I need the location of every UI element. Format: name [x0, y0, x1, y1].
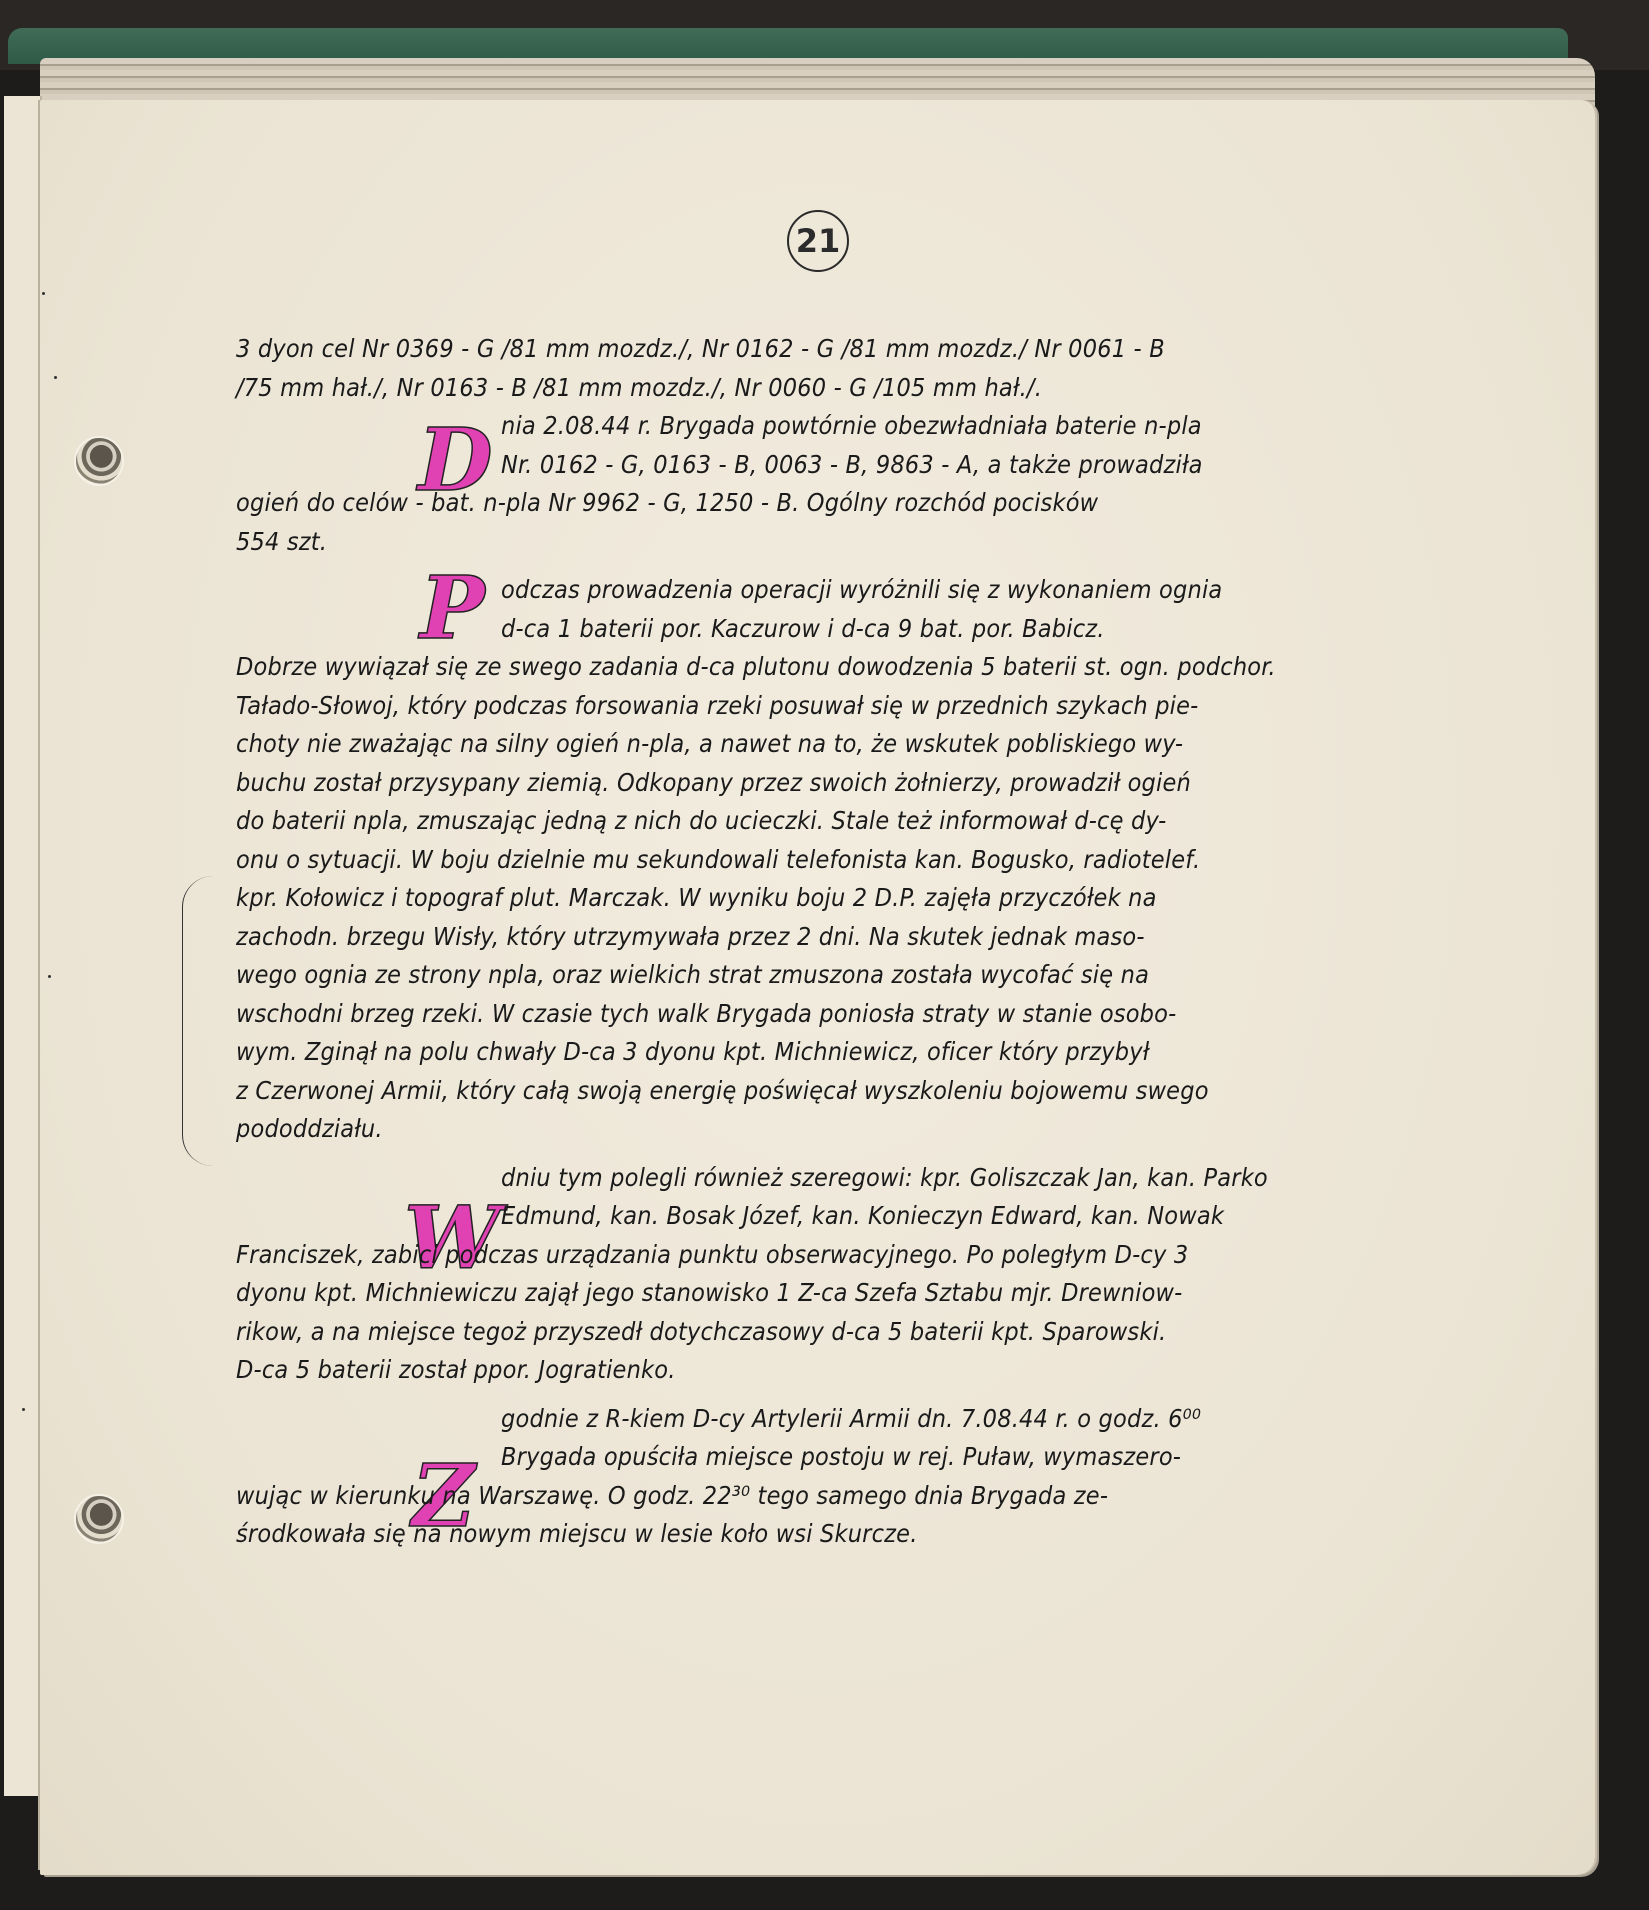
text-line: godnie z R-kiem D-cy Artylerii Armii dn.…: [236, 1400, 1416, 1439]
text-line: D-ca 5 baterii został ppor. Jogratienko.: [236, 1351, 1416, 1390]
text-line: wym. Zginął na polu chwały D-ca 3 dyonu …: [236, 1033, 1416, 1072]
handwritten-text-body: 3 dyon cel Nr 0369 - G /81 mm mozdz./, N…: [236, 330, 1416, 1554]
text-line: ogień do celów - bat. n-pla Nr 9962 - G,…: [236, 484, 1416, 523]
text-line: /75 mm hał./, Nr 0163 - B /81 mm mozdz./…: [236, 369, 1416, 408]
margin-mark: [22, 1408, 25, 1411]
text-line: do baterii npla, zmuszając jedną z nich …: [236, 802, 1416, 841]
text-line: wschodni brzeg rzeki. W czasie tych walk…: [236, 995, 1416, 1034]
text-line: dyonu kpt. Michniewiczu zajął jego stano…: [236, 1274, 1416, 1313]
text-line: wując w kierunku na Warszawę. O godz. 22…: [236, 1477, 1416, 1516]
text-line: Franciszek, zabici podczas urządzania pu…: [236, 1236, 1416, 1275]
text-line: d-ca 1 baterii por. Kaczurow i d-ca 9 ba…: [236, 610, 1416, 649]
text-line: 554 szt.: [236, 523, 1416, 562]
text-line: Tałado-Słowoj, który podczas forsowania …: [236, 687, 1416, 726]
text-line: rikow, a na miejsce tegoż przyszedł doty…: [236, 1313, 1416, 1352]
paragraph: nia 2.08.44 r. Brygada powtórnie obezwła…: [236, 407, 1416, 561]
page-stack-edges: [40, 58, 1595, 106]
paragraph: godnie z R-kiem D-cy Artylerii Armii dn.…: [236, 1400, 1416, 1554]
text-line: wego ognia ze strony npla, oraz wielkich…: [236, 956, 1416, 995]
margin-mark: [42, 292, 45, 295]
text-line: Edmund, kan. Bosak Józef, kan. Konieczyn…: [236, 1197, 1416, 1236]
punch-hole-bottom: [74, 1494, 124, 1544]
margin-mark: [48, 975, 51, 978]
text-line: Brygada opuściła miejsce postoju w rej. …: [236, 1438, 1416, 1477]
margin-bracket-mark: [182, 876, 213, 1166]
text-line: buchu został przysypany ziemią. Odkopany…: [236, 764, 1416, 803]
paragraph: dniu tym polegli również szeregowi: kpr.…: [236, 1159, 1416, 1390]
paragraph: odczas prowadzenia operacji wyróżnili si…: [236, 571, 1416, 1149]
text-line: dniu tym polegli również szeregowi: kpr.…: [236, 1159, 1416, 1198]
margin-mark: [54, 376, 57, 379]
text-line: Nr. 0162 - G, 0163 - B, 0063 - B, 9863 -…: [236, 446, 1416, 485]
text-line: choty nie zważając na silny ogień n-pla,…: [236, 725, 1416, 764]
binding-fold-line: [38, 100, 40, 1870]
text-line: odczas prowadzenia operacji wyróżnili si…: [236, 571, 1416, 610]
text-line: pododdziału.: [236, 1110, 1416, 1149]
text-line: kpr. Kołowicz i topograf plut. Marczak. …: [236, 879, 1416, 918]
text-line: nia 2.08.44 r. Brygada powtórnie obezwła…: [236, 407, 1416, 446]
text-line: zachodn. brzegu Wisły, który utrzymywała…: [236, 918, 1416, 957]
text-line: środkowała się na nowym miejscu w lesie …: [236, 1515, 1416, 1554]
page-number-text: 21: [796, 222, 841, 260]
punch-hole-top: [74, 436, 124, 486]
text-line: Dobrze wywiązał się ze swego zadania d-c…: [236, 648, 1416, 687]
paragraph: 3 dyon cel Nr 0369 - G /81 mm mozdz./, N…: [236, 330, 1416, 407]
text-line: z Czerwonej Armii, który całą swoją ener…: [236, 1072, 1416, 1111]
page-number-circled: 21: [787, 210, 849, 272]
left-page-edge: [4, 96, 42, 1796]
text-line: 3 dyon cel Nr 0369 - G /81 mm mozdz./, N…: [236, 330, 1416, 369]
text-line: onu o sytuacji. W boju dzielnie mu sekun…: [236, 841, 1416, 880]
